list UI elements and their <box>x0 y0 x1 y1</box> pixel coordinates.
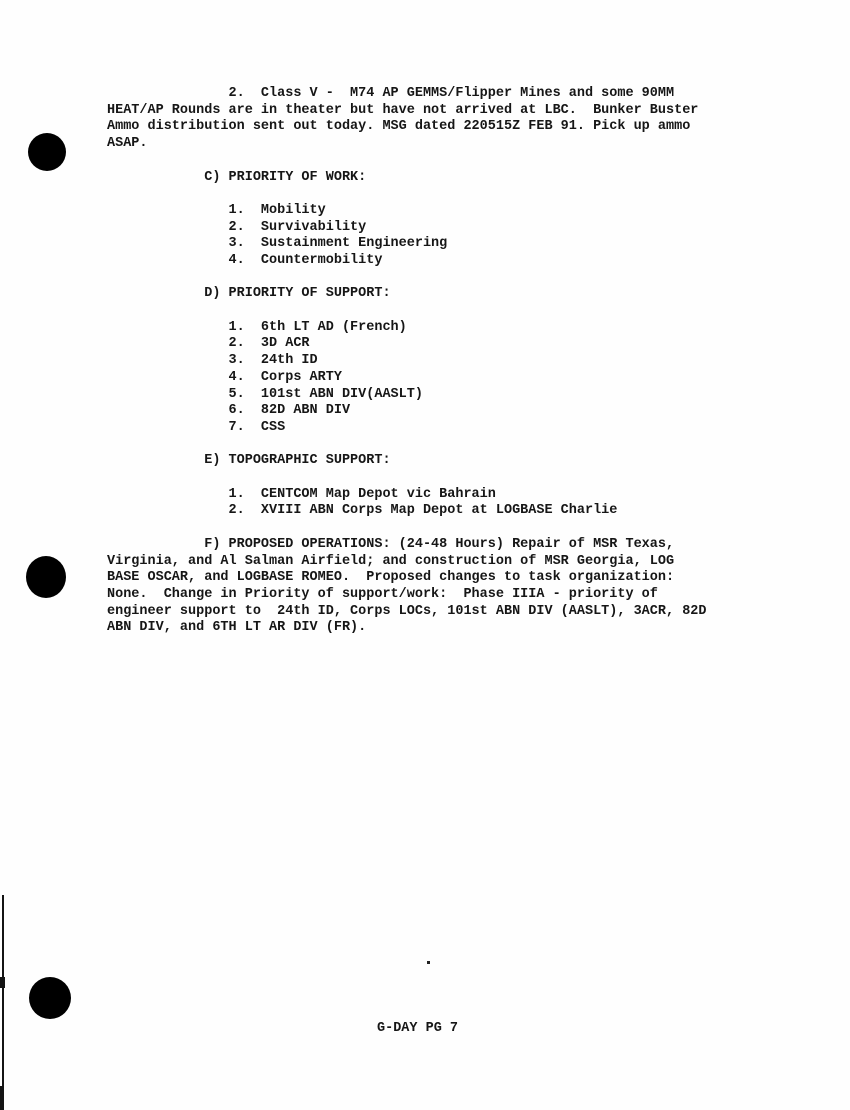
heading-priority-of-work: C) PRIORITY OF WORK: <box>107 170 707 187</box>
hole-punch-middle <box>26 556 66 598</box>
paragraph-class-v: 2. Class V - M74 AP GEMMS/Flipper Mines … <box>107 86 707 153</box>
paragraph-proposed-operations: F) PROPOSED OPERATIONS: (24-48 Hours) Re… <box>107 537 707 637</box>
scan-speck <box>427 961 430 964</box>
list-topographic-support: 1. CENTCOM Map Depot vic Bahrain 2. XVII… <box>107 487 707 520</box>
heading-topographic-support: E) TOPOGRAPHIC SUPPORT: <box>107 453 707 470</box>
list-priority-of-work: 1. Mobility 2. Survivability 3. Sustainm… <box>107 203 707 270</box>
hole-punch-top <box>28 133 66 171</box>
scan-edge-line <box>2 895 4 1110</box>
scan-edge-blob-bottom <box>0 1086 3 1110</box>
scan-edge-blob <box>0 977 5 988</box>
heading-priority-of-support: D) PRIORITY OF SUPPORT: <box>107 286 707 303</box>
document-content: 2. Class V - M74 AP GEMMS/Flipper Mines … <box>107 86 707 637</box>
document-page: 2. Class V - M74 AP GEMMS/Flipper Mines … <box>0 0 850 1110</box>
hole-punch-bottom <box>29 977 71 1019</box>
page-footer: G-DAY PG 7 <box>377 1021 458 1038</box>
list-priority-of-support: 1. 6th LT AD (French) 2. 3D ACR 3. 24th … <box>107 320 707 437</box>
